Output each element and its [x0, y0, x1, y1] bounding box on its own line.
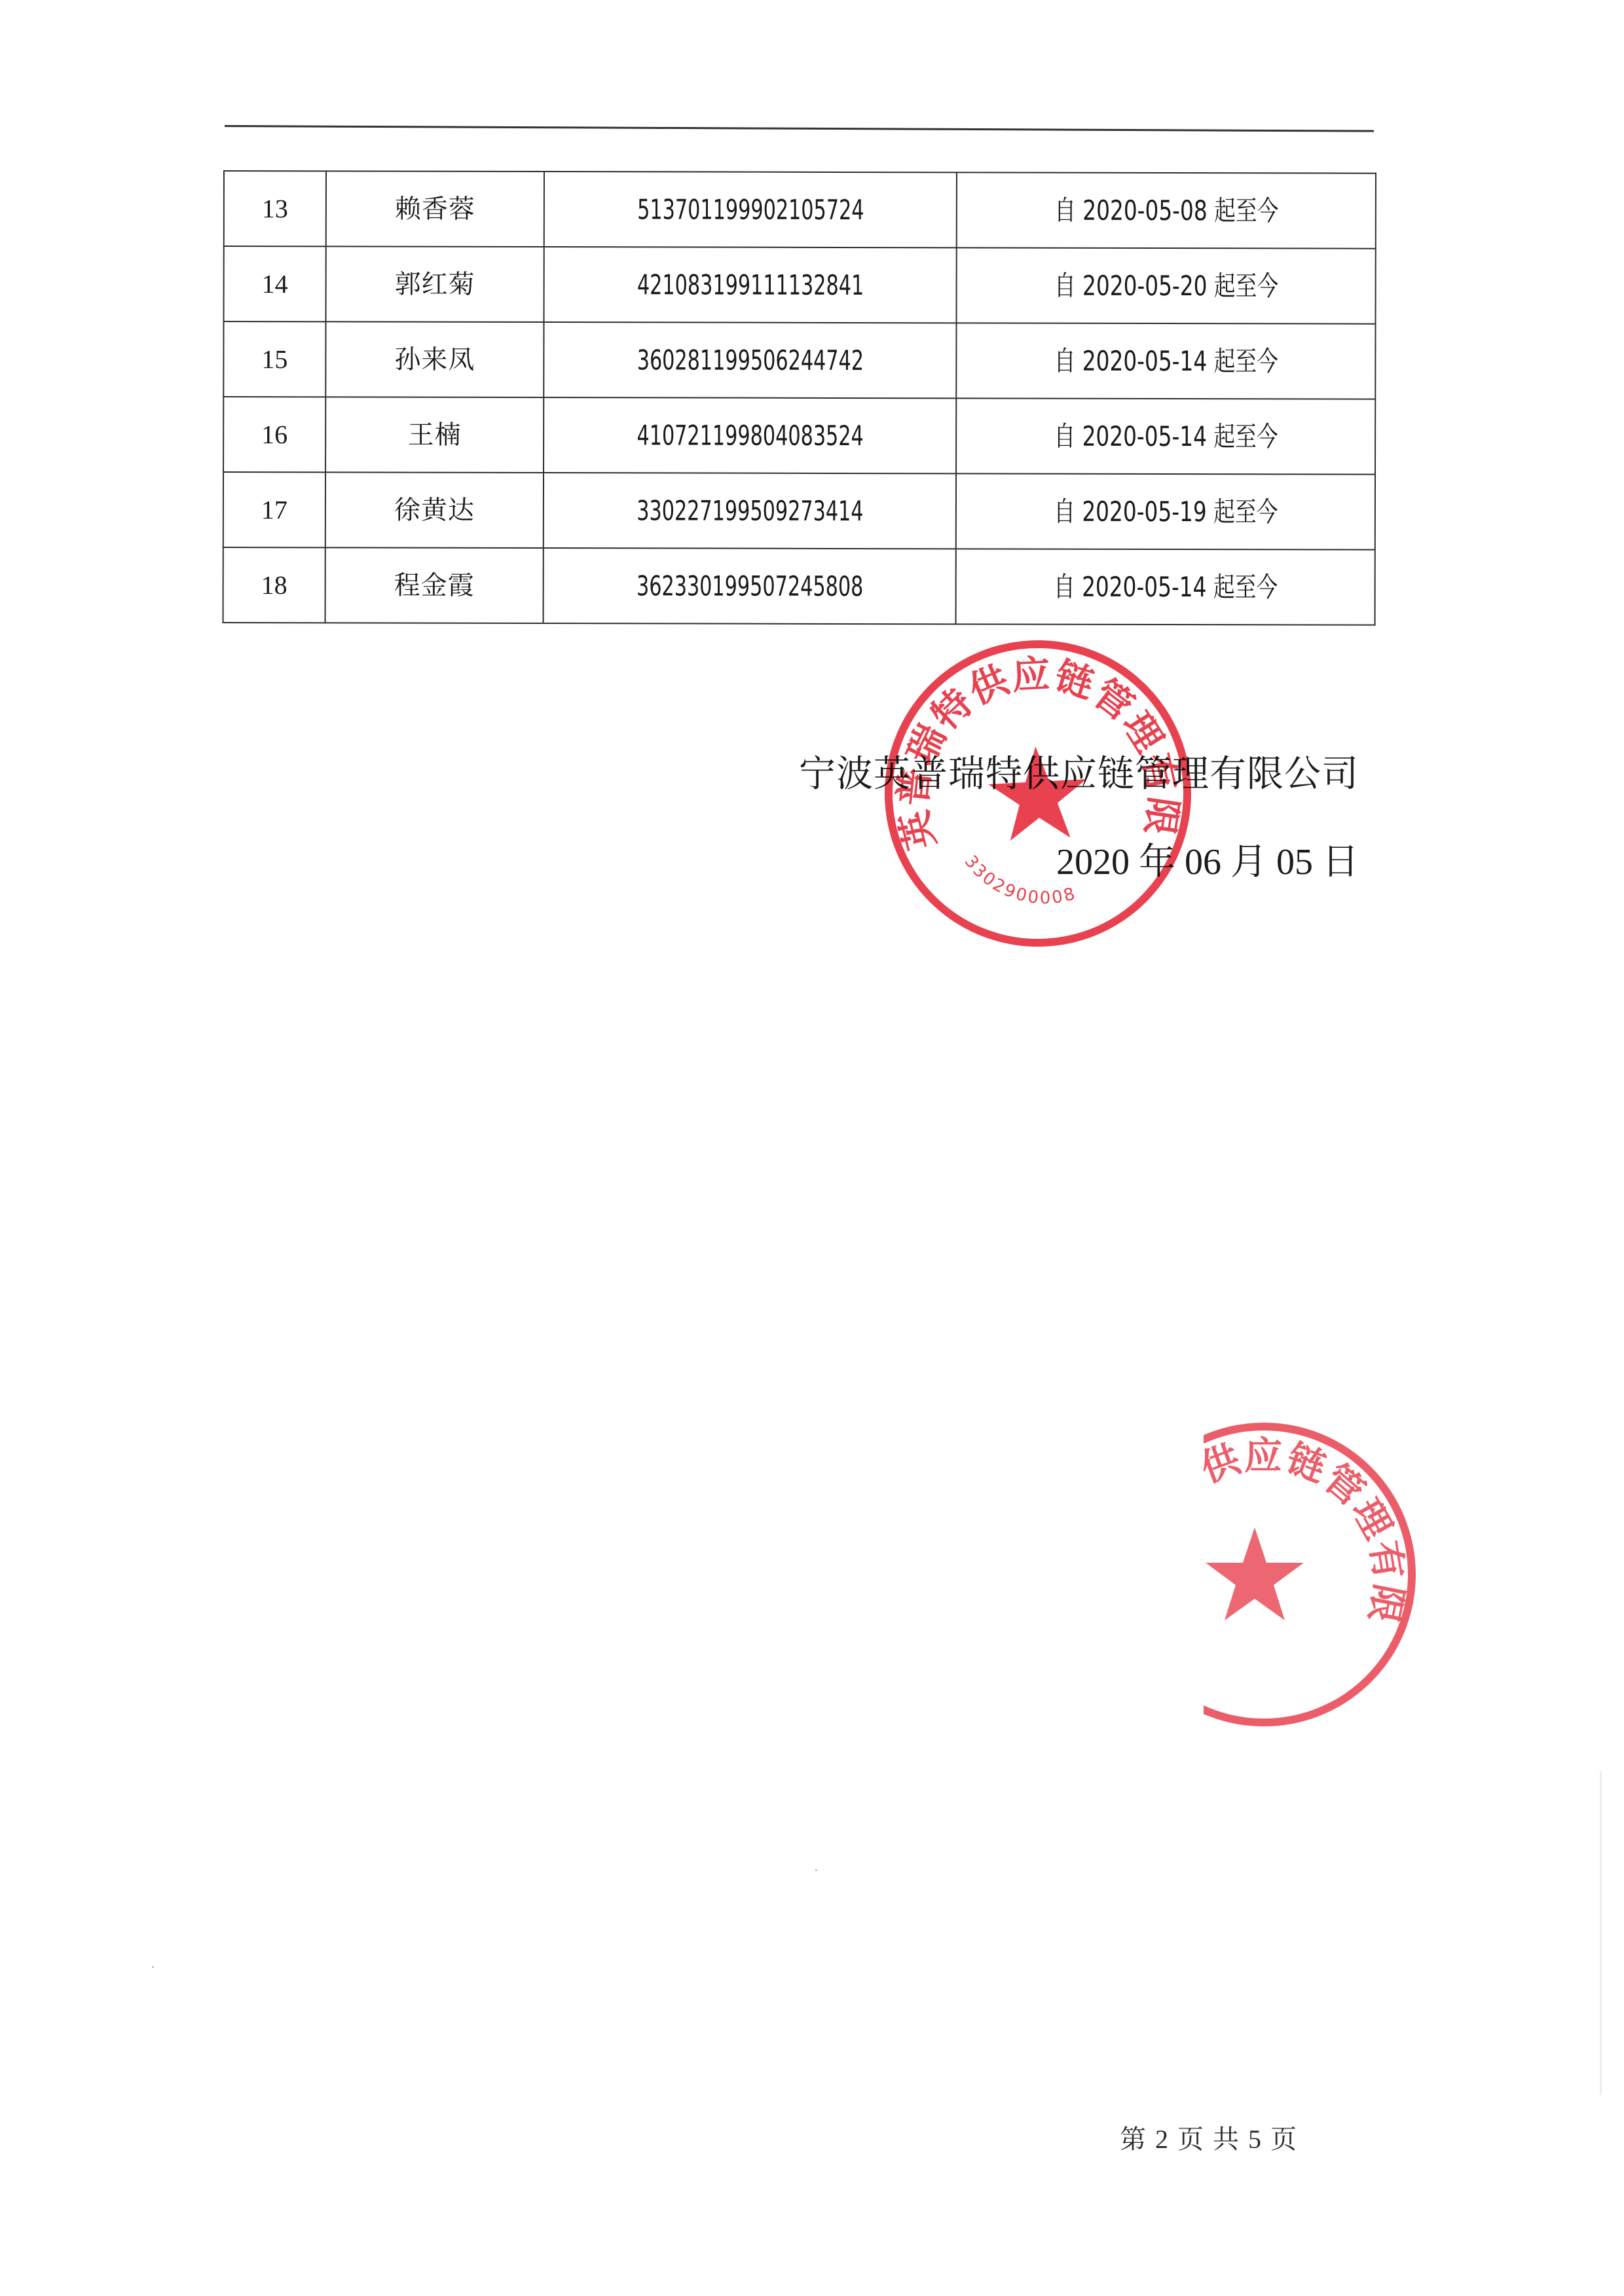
partial-seal-graphic: 宁波英普瑞特供应链管理有限公司 — [1107, 1417, 1421, 1732]
id-number: 330227199509273414 — [637, 497, 863, 525]
company-signature: 宁波英普瑞特供应链管理有限公司 — [799, 745, 1359, 797]
scan-artifact — [1600, 1771, 1602, 2095]
seal-arc-text-path: 宁波英普瑞特供应链管理有限公司 — [851, 594, 1189, 856]
employment-period: 自 2020-05-14 起至今 — [1054, 347, 1278, 375]
seal-ring — [1116, 1427, 1412, 1722]
id-number: 421083199111132841 — [637, 271, 863, 299]
row-number: 18 — [223, 547, 325, 623]
table-row: 17 徐黄达 330227199509273414 自 2020-05-19 起… — [223, 472, 1375, 550]
period-cell: 自 2020-05-14 起至今 — [956, 549, 1375, 625]
employee-name: 赖香蓉 — [326, 171, 544, 247]
table-row: 16 王楠 410721199804083524 自 2020-05-14 起至… — [223, 397, 1375, 475]
id-number-cell: 360281199506244742 — [544, 322, 956, 398]
id-number-cell: 410721199804083524 — [544, 397, 956, 473]
id-number: 362330199507245808 — [636, 572, 862, 600]
seal-arc-text-path: 宁波英普瑞特供应链管理有限公司 — [1087, 1382, 1412, 1628]
header-rule — [225, 125, 1374, 132]
row-number: 16 — [223, 397, 325, 472]
table-row: 18 程金霞 362330199507245808 自 2020-05-14 起… — [223, 547, 1375, 625]
star-icon — [1206, 1527, 1304, 1620]
employment-period: 自 2020-05-14 起至今 — [1053, 573, 1277, 601]
cross-page-seal: 宁波英普瑞特供应链管理有限公司 — [1107, 1417, 1421, 1732]
period-cell: 自 2020-05-08 起至今 — [957, 172, 1376, 248]
period-cell: 自 2020-05-19 起至今 — [956, 473, 1375, 549]
employment-period: 自 2020-05-19 起至今 — [1054, 498, 1278, 526]
id-number-cell: 362330199507245808 — [544, 548, 956, 624]
row-number: 13 — [224, 171, 326, 246]
row-number: 17 — [223, 472, 325, 547]
employee-name: 郭红菊 — [326, 246, 544, 322]
period-cell: 自 2020-05-14 起至今 — [956, 323, 1375, 399]
employee-name: 孙来凤 — [325, 321, 544, 397]
period-cell: 自 2020-05-20 起至今 — [957, 247, 1376, 323]
scan-speck — [815, 1869, 817, 1871]
signature-date: 2020 年 06 月 05 日 — [1056, 833, 1359, 885]
seal-arc-text: 宁波英普瑞特供应链管理有限公司 — [851, 594, 1189, 856]
table-row: 13 赖香蓉 513701199902105724 自 2020-05-08 起… — [224, 171, 1376, 249]
employee-name: 王楠 — [325, 397, 544, 473]
employment-period: 自 2020-05-20 起至今 — [1054, 272, 1278, 300]
id-number-cell: 330227199509273414 — [544, 473, 956, 549]
id-number-cell: 421083199111132841 — [544, 247, 957, 323]
employee-name: 徐黄达 — [325, 472, 544, 548]
period-cell: 自 2020-05-14 起至今 — [956, 398, 1375, 474]
id-number: 513701199902105724 — [637, 196, 864, 224]
page-number: 第 2 页 共 5 页 — [1120, 2119, 1298, 2156]
row-number: 14 — [224, 246, 326, 321]
id-number-cell: 513701199902105724 — [544, 172, 957, 247]
table-row: 15 孙来凤 360281199506244742 自 2020-05-14 起… — [223, 321, 1375, 399]
row-number: 15 — [223, 321, 325, 397]
employee-roster-table: 13 赖香蓉 513701199902105724 自 2020-05-08 起… — [223, 170, 1376, 626]
employee-name: 程金霞 — [325, 547, 544, 623]
id-number: 360281199506244742 — [637, 346, 863, 374]
id-number: 410721199804083524 — [637, 422, 863, 450]
employment-period: 自 2020-05-08 起至今 — [1054, 196, 1278, 225]
table-row: 14 郭红菊 421083199111132841 自 2020-05-20 起… — [224, 246, 1376, 324]
scan-speck — [152, 1966, 154, 1968]
roster-body: 13 赖香蓉 513701199902105724 自 2020-05-08 起… — [223, 171, 1376, 625]
employment-period: 自 2020-05-14 起至今 — [1054, 422, 1278, 450]
seal-arc-text: 宁波英普瑞特供应链管理有限公司 — [1087, 1382, 1412, 1628]
